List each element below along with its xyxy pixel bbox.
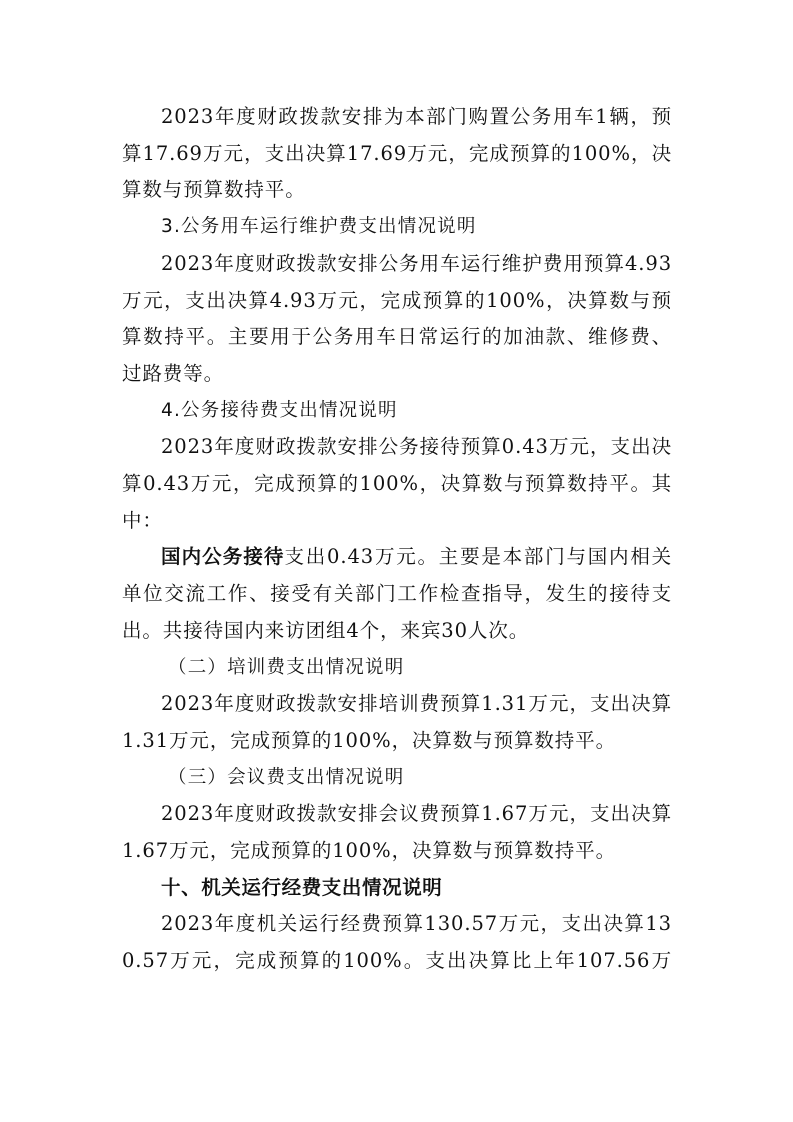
operating-expense-heading: 十、机关运行经费支出情况说明 bbox=[122, 870, 672, 907]
vehicle-purchase-paragraph: 2023年度财政拨款安排为本部门购置公务用车1辆，预算17.69万元，支出决算1… bbox=[122, 99, 672, 209]
reception-paragraph: 2023年度财政拨款安排公务接待预算0.43万元，支出决算0.43万元，完成预算… bbox=[122, 429, 672, 539]
training-heading: （二）培训费支出情况说明 bbox=[122, 650, 672, 687]
domestic-reception-paragraph: 国内公务接待支出0.43万元。主要是本部门与国内相关单位交流工作、接受有关部门工… bbox=[122, 539, 672, 649]
operating-expense-paragraph: 2023年度机关运行经费预算130.57万元，支出决算130.57万元，完成预算… bbox=[122, 906, 672, 979]
domestic-reception-label: 国内公务接待 bbox=[161, 545, 284, 568]
document-page: 2023年度财政拨款安排为本部门购置公务用车1辆，预算17.69万元，支出决算1… bbox=[122, 99, 672, 980]
vehicle-maintenance-paragraph: 2023年度财政拨款安排公务用车运行维护费用预算4.93万元，支出决算4.93万… bbox=[122, 246, 672, 393]
meeting-heading: （三）会议费支出情况说明 bbox=[122, 760, 672, 797]
meeting-paragraph: 2023年度财政拨款安排会议费预算1.67万元，支出决算1.67万元，完成预算的… bbox=[122, 796, 672, 869]
vehicle-maintenance-heading: 3.公务用车运行维护费支出情况说明 bbox=[122, 209, 672, 246]
training-paragraph: 2023年度财政拨款安排培训费预算1.31万元，支出决算1.31万元，完成预算的… bbox=[122, 686, 672, 759]
reception-heading: 4.公务接待费支出情况说明 bbox=[122, 393, 672, 430]
